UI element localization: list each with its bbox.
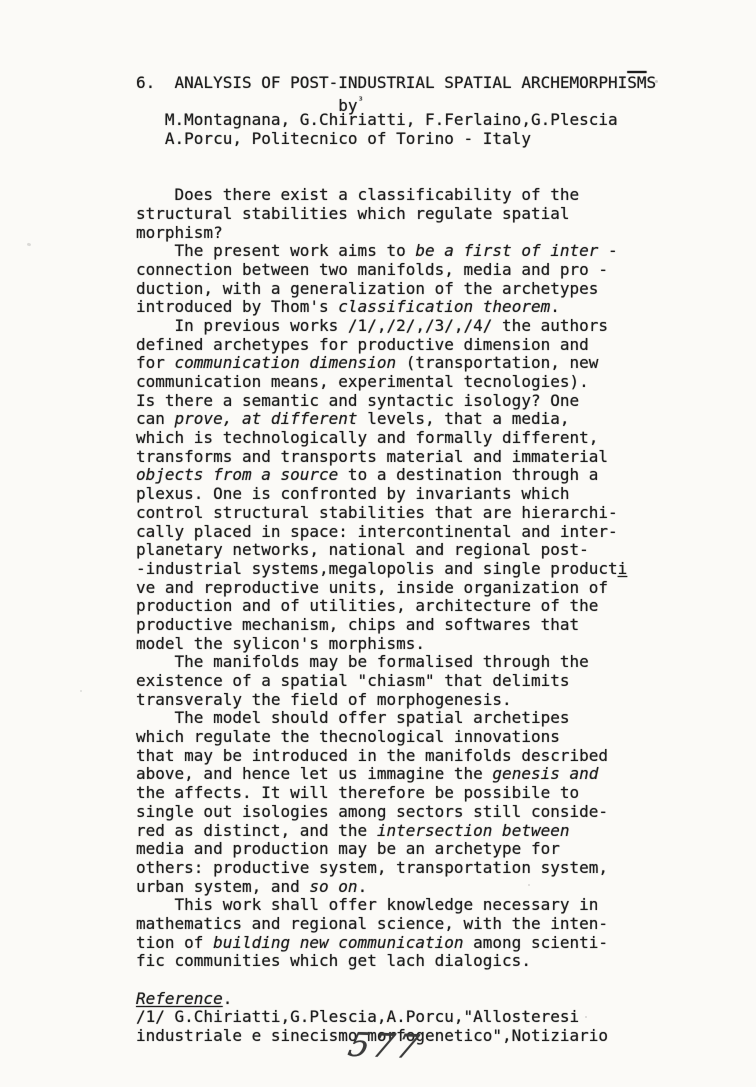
text-line: objects from a source to a destination t… <box>136 466 696 485</box>
text-line: connection between two manifolds, media … <box>136 261 696 280</box>
scan-speck <box>80 690 82 692</box>
text-line: tion of building new communication among… <box>136 934 696 953</box>
text-line: which is technologically and formally di… <box>136 429 696 448</box>
text-line: introduced by Thom's classification theo… <box>136 298 696 317</box>
text-line: red as distinct, and the intersection be… <box>136 822 696 841</box>
text-line: planetary networks, national and regiona… <box>136 541 696 560</box>
text-line: structural stabilities which regulate sp… <box>136 205 696 224</box>
reference-line: /1/ G.Chiriatti,G.Plescia,A.Porcu,"Allos… <box>136 1008 696 1027</box>
scan-speck <box>27 242 32 246</box>
text-line: control structural stabilities that are … <box>136 504 696 523</box>
scanned-paper-page: 6. ANALYSIS OF POST-INDUSTRIAL SPATIAL A… <box>0 0 756 1087</box>
text-line: can prove, at different levels, that a m… <box>136 410 696 429</box>
text-line: In previous works /1/,/2/,/3/,/4/ the au… <box>136 317 696 336</box>
text-line: mathematics and regional science, with t… <box>136 915 696 934</box>
text-line: which regulate the thecnological innovat… <box>136 728 696 747</box>
text-line: fic communities which get lach dialogics… <box>136 952 696 971</box>
document-lines: 6. ANALYSIS OF POST-INDUSTRIAL SPATIAL A… <box>136 74 696 1046</box>
byline: by³ <box>136 93 696 112</box>
text-line: others: productive system, transportatio… <box>136 859 696 878</box>
text-line: above, and hence let us immagine the gen… <box>136 765 696 784</box>
text-line: production and of utilities, architectur… <box>136 597 696 616</box>
text-line: transveraly the field of morphogenesis. <box>136 691 696 710</box>
text-line: Does there exist a classificability of t… <box>136 186 696 205</box>
page-number: 577 <box>345 1025 425 1066</box>
text-line: This work shall offer knowledge necessar… <box>136 896 696 915</box>
text-line: for communication dimension (transportat… <box>136 354 696 373</box>
text-line: model the sylicon's morphisms. <box>136 635 696 654</box>
reference-heading: Reference. <box>136 990 696 1009</box>
blank-line <box>136 167 696 186</box>
scan-speck <box>585 1016 587 1018</box>
text-line: media and production may be an archetype… <box>136 840 696 859</box>
text-line: productive mechanism, chips and software… <box>136 616 696 635</box>
text-line: ve and reproductive units, inside organi… <box>136 579 696 598</box>
text-line: defined archetypes for productive dimens… <box>136 336 696 355</box>
text-line: transforms and transports material and i… <box>136 448 696 467</box>
text-line: plexus. One is confronted by invariants … <box>136 485 696 504</box>
text-line: communication means, experimental tecnol… <box>136 373 696 392</box>
text-line: that may be introduced in the manifolds … <box>136 747 696 766</box>
text-line: urban system, and so on. <box>136 878 696 897</box>
text-line: single out isologies among sectors still… <box>136 803 696 822</box>
scan-speck <box>437 196 439 198</box>
text-line: The model should offer spatial archetipe… <box>136 709 696 728</box>
author-line: M.Montagnana, G.Chiriatti, F.Ferlaino,G.… <box>136 111 696 130</box>
title-line: 6. ANALYSIS OF POST-INDUSTRIAL SPATIAL A… <box>136 74 696 93</box>
blank-line <box>136 971 696 990</box>
text-line: -industrial systems,megalopolis and sing… <box>136 560 696 579</box>
author-line: A.Porcu, Politecnico of Torino - Italy <box>136 130 696 149</box>
text-line: Is there a semantic and syntactic isolog… <box>136 392 696 411</box>
text-line: cally placed in space: intercontinental … <box>136 523 696 542</box>
text-line: duction, with a generalization of the ar… <box>136 280 696 299</box>
text-line: The present work aims to be a first of i… <box>136 242 696 261</box>
blank-line <box>136 149 696 168</box>
scan-speck <box>655 80 658 83</box>
text-line: existence of a spatial "chiasm" that del… <box>136 672 696 691</box>
text-line: the affects. It will therefore be possib… <box>136 784 696 803</box>
scan-speck <box>528 884 530 886</box>
text-line: The manifolds may be formalised through … <box>136 653 696 672</box>
text-line: morphism? <box>136 224 696 243</box>
